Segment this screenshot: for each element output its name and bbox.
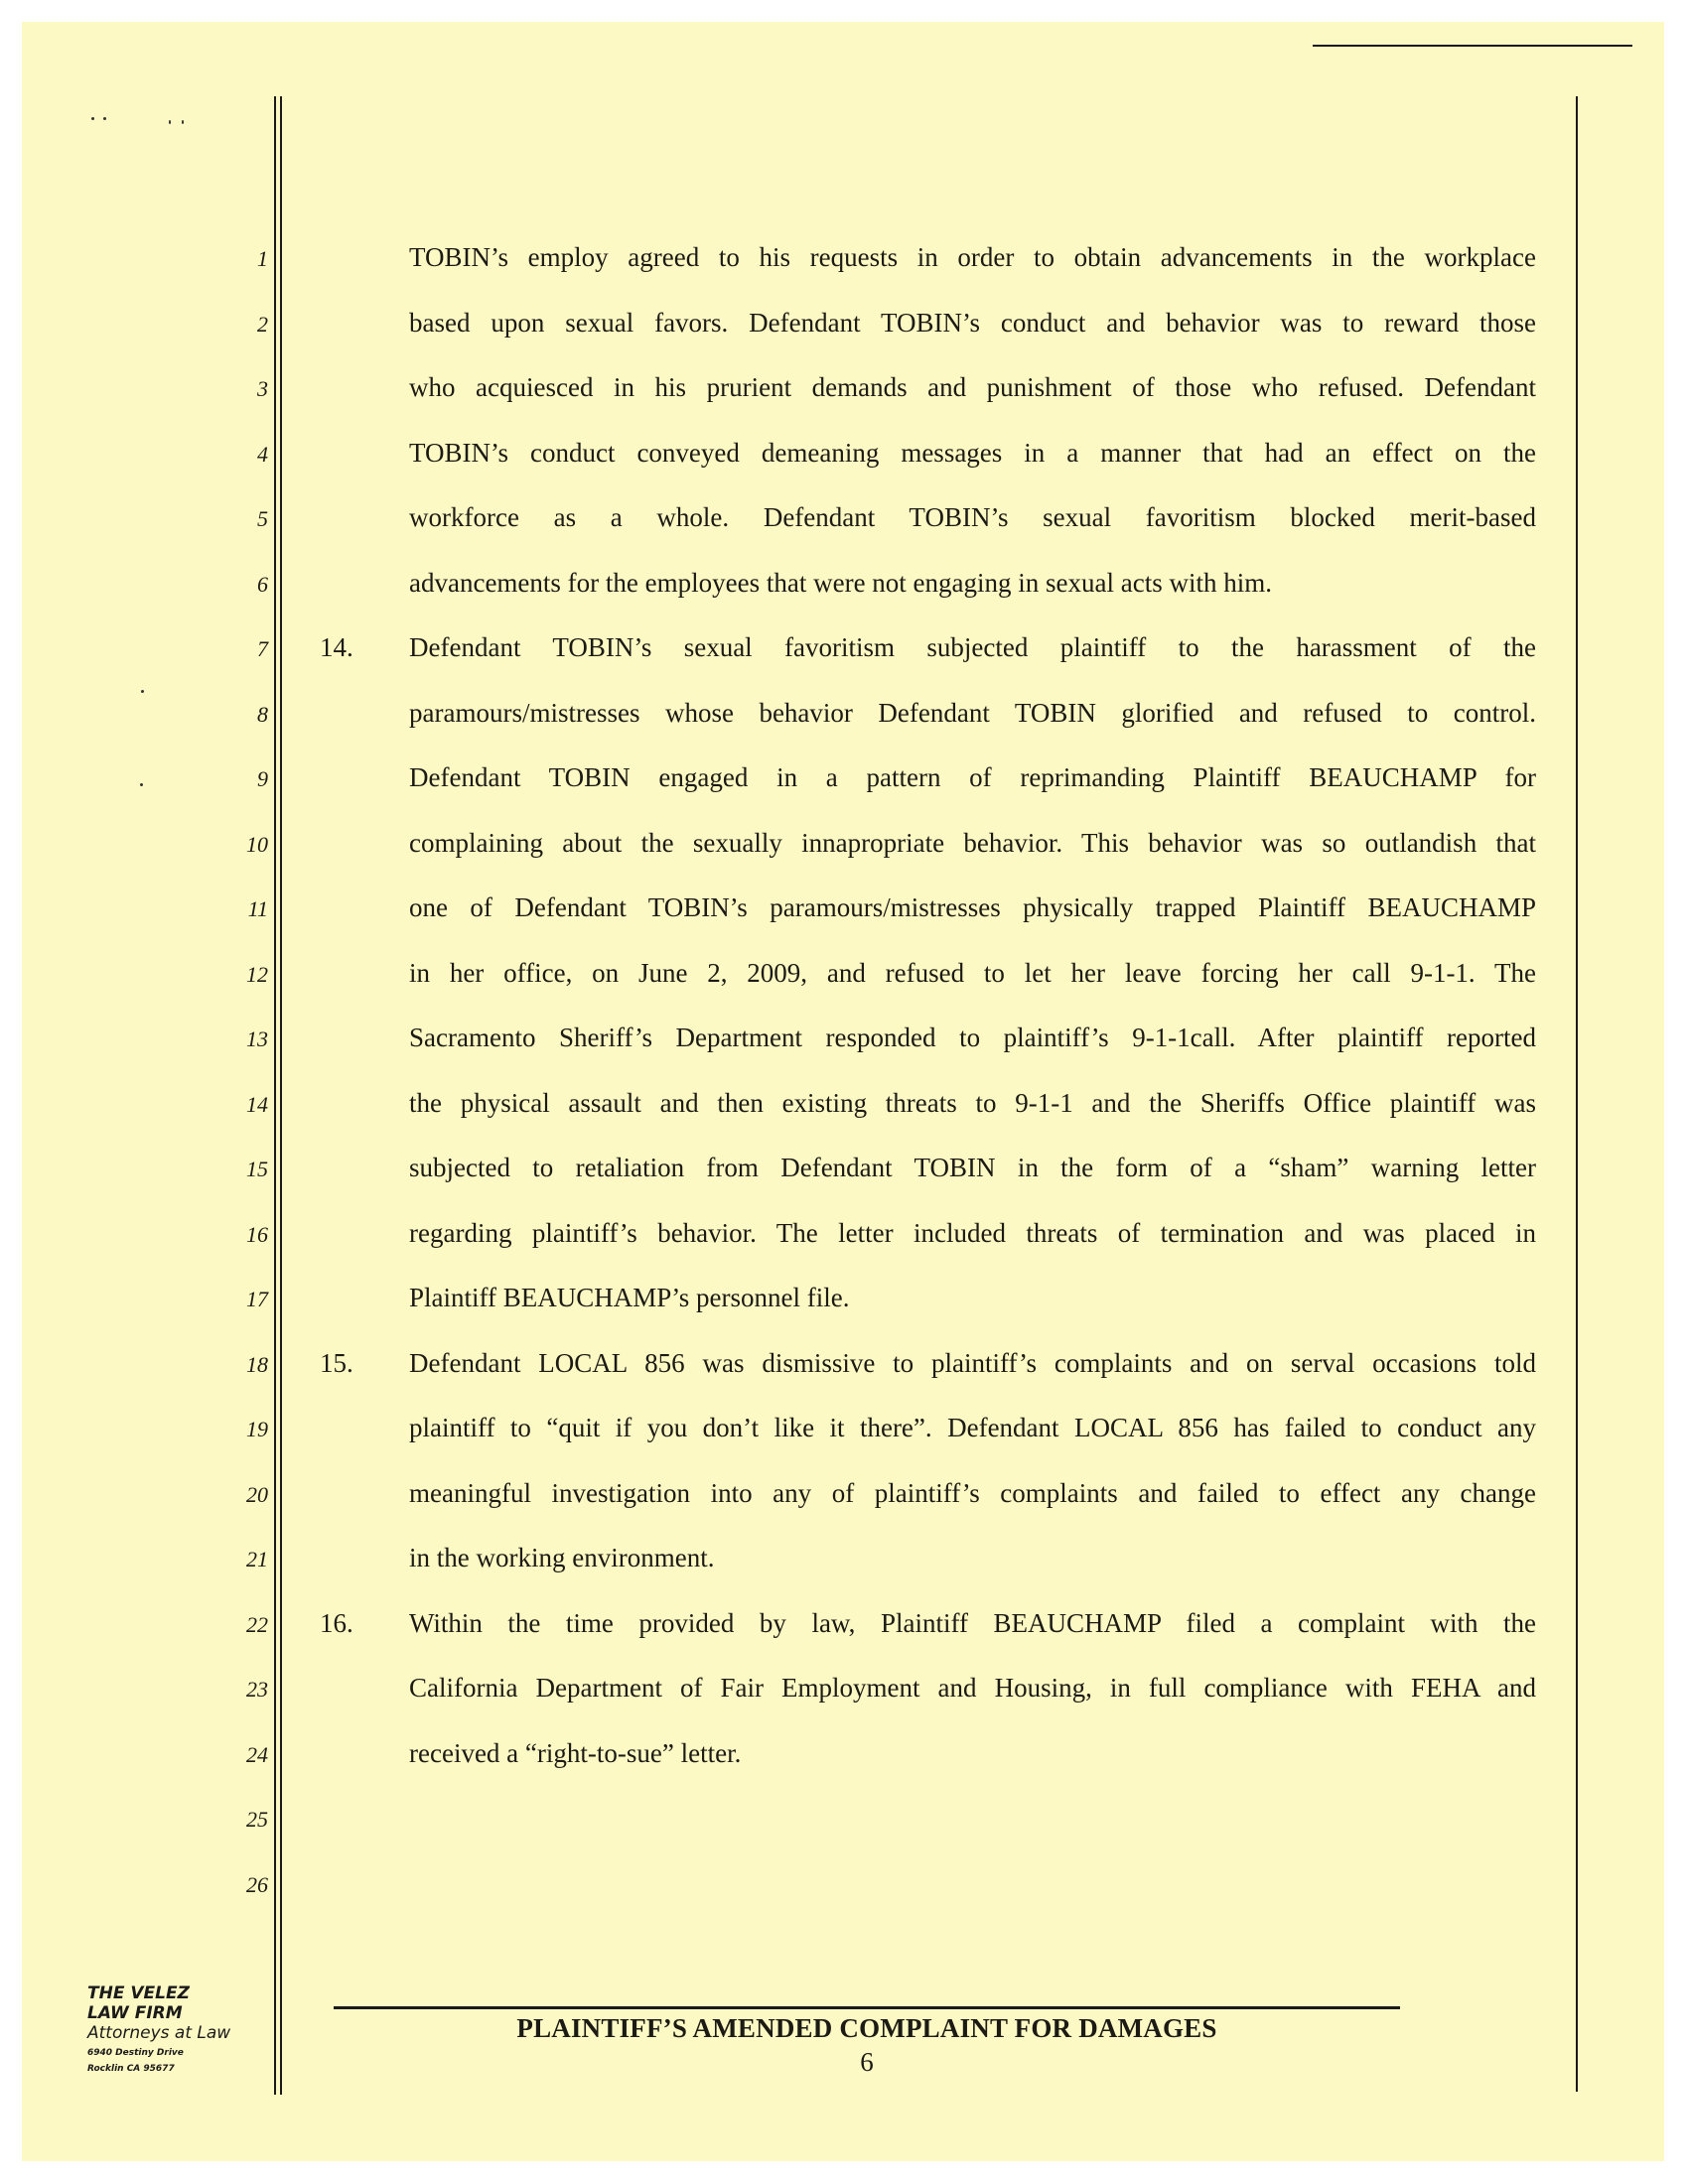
text-line: Defendant LOCAL 856 was dismissive to pl… [409, 1347, 1536, 1379]
text-line: meaningful investigation into any of pla… [409, 1477, 1536, 1509]
line-number: 7 [209, 638, 268, 660]
text-line: complaining about the sexually innapropr… [409, 827, 1536, 859]
line-number: 26 [209, 1874, 268, 1896]
firm-subtitle: Attorneys at Law [87, 2023, 266, 2043]
line-number: 13 [209, 1028, 268, 1050]
right-margin-rule [1576, 96, 1578, 2092]
paragraph-number: 15. [320, 1347, 353, 1379]
firm-name-line2: LAW FIRM [87, 2003, 266, 2023]
line-number: 20 [209, 1484, 268, 1506]
text-line: paramours/mistresses whose behavior Defe… [409, 697, 1536, 729]
text-line: TOBIN’s employ agreed to his requests in… [409, 241, 1536, 273]
text-line: Defendant TOBIN’s sexual favoritism subj… [409, 631, 1536, 663]
text-line: plaintiff to “quit if you don’t like it … [409, 1412, 1536, 1443]
line-number: 4 [209, 444, 268, 466]
text-line: TOBIN’s conduct conveyed demeaning messa… [409, 437, 1536, 469]
text-line: Plaintiff BEAUCHAMP’s personnel file. [409, 1282, 1536, 1313]
text-line: California Department of Fair Employment… [409, 1672, 1536, 1704]
paragraph-number: 14. [320, 631, 353, 663]
left-margin-rule-inner [280, 96, 282, 2095]
line-number: 22 [209, 1614, 268, 1636]
line-number: 18 [209, 1354, 268, 1376]
line-number: 11 [209, 898, 268, 920]
footer-title: PLAINTIFF’S AMENDED COMPLAINT FOR DAMAGE… [334, 2013, 1400, 2043]
paragraph-number: 16. [320, 1607, 353, 1639]
text-line: workforce as a whole. Defendant TOBIN’s … [409, 501, 1536, 533]
line-number: 25 [209, 1809, 268, 1831]
scan-speck [103, 117, 106, 120]
text-line: Within the time provided by law, Plainti… [409, 1607, 1536, 1639]
line-number: 12 [209, 964, 268, 986]
line-number: 24 [209, 1744, 268, 1766]
line-number: 9 [209, 768, 268, 790]
line-number: 17 [209, 1289, 268, 1310]
line-number: 19 [209, 1419, 268, 1440]
text-line: based upon sexual favors. Defendant TOBI… [409, 307, 1536, 339]
line-number: 14 [209, 1094, 268, 1116]
scan-speck [141, 690, 144, 693]
line-number: 8 [209, 704, 268, 726]
footer-rule [334, 2006, 1400, 2009]
firm-name-line1: THE VELEZ [87, 1983, 266, 2003]
line-number: 2 [209, 314, 268, 336]
line-number: 10 [209, 834, 268, 856]
line-number: 3 [209, 378, 268, 400]
text-line: subjected to retaliation from Defendant … [409, 1152, 1536, 1183]
firm-address-line1: 6940 Destiny Drive [87, 2047, 266, 2059]
line-number: 16 [209, 1224, 268, 1246]
scan-speck [182, 120, 184, 124]
text-line: Sacramento Sheriff’s Department responde… [409, 1022, 1536, 1053]
line-number: 21 [209, 1549, 268, 1570]
text-line: advancements for the employees that were… [409, 567, 1536, 599]
law-firm-block: THE VELEZ LAW FIRM Attorneys at Law 6940… [87, 1983, 266, 2075]
firm-address-line2: Rocklin CA 95677 [87, 2063, 266, 2075]
text-line: received a “right-to-sue” letter. [409, 1737, 1536, 1769]
top-rule [1313, 45, 1632, 47]
line-number: 6 [209, 574, 268, 596]
text-line: in her office, on June 2, 2009, and refu… [409, 957, 1536, 989]
scan-speck [91, 117, 94, 120]
line-number: 23 [209, 1679, 268, 1701]
line-number: 15 [209, 1159, 268, 1180]
text-line: regarding plaintiff’s behavior. The lett… [409, 1217, 1536, 1249]
scan-speck [169, 120, 171, 124]
left-margin-rule-outer [274, 96, 276, 2095]
text-line: in the working environment. [409, 1542, 1536, 1573]
page-number: 6 [334, 2047, 1400, 2077]
text-line: who acquiesced in his prurient demands a… [409, 371, 1536, 403]
line-number: 1 [209, 248, 268, 270]
text-line: the physical assault and then existing t… [409, 1087, 1536, 1119]
line-number: 5 [209, 508, 268, 530]
text-line: one of Defendant TOBIN’s paramours/mistr… [409, 891, 1536, 923]
text-line: Defendant TOBIN engaged in a pattern of … [409, 761, 1536, 793]
scan-speck [140, 783, 143, 786]
